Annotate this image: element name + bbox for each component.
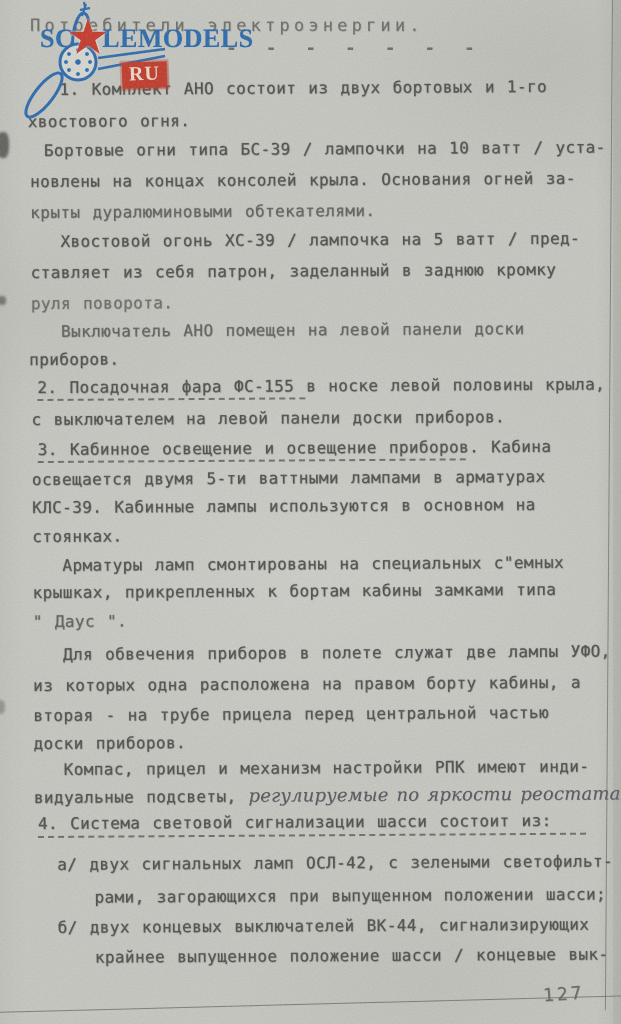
text-line: доски приборов. bbox=[33, 733, 186, 753]
typed-run: доски приборов. bbox=[33, 733, 186, 753]
text-line: Для обвечения приборов в полете служат д… bbox=[63, 642, 611, 664]
typed-text-layer: 1. Комплект АНО состоит из двух бортовых… bbox=[0, 0, 621, 1024]
text-line: крышках, прикрепленных к бортам кабины з… bbox=[33, 580, 557, 602]
text-line: Бортовые огни типа БС-39 / лампочки на 1… bbox=[44, 138, 606, 160]
text-line: крайнее выпущенное положение шасси / кон… bbox=[95, 945, 609, 967]
typed-run: Компас, прицел и механизм настройки РПК … bbox=[64, 757, 590, 779]
typed-run: б/ двух концевых выключателей ВК-44, сиг… bbox=[58, 915, 590, 937]
typed-run: КЛС-39. Кабинные лампы используются в ос… bbox=[32, 495, 536, 517]
ru-badge: RU bbox=[122, 61, 168, 89]
text-line: видуальные подсветы, регулируемые по ярк… bbox=[34, 783, 621, 808]
text-line: приборов. bbox=[29, 350, 119, 370]
watermark-logo: SC★LEMODELS RU bbox=[2, 0, 242, 125]
text-line: " Даус ". bbox=[33, 611, 127, 631]
scan-smudge bbox=[0, 132, 9, 158]
typed-run: приборов. bbox=[29, 350, 119, 370]
text-line: вторая - на трубе прицела перед централь… bbox=[33, 703, 549, 725]
typed-run: вторая - на трубе прицела перед централь… bbox=[33, 703, 549, 725]
typed-run: Хвостовой огонь ХС-39 / лампочка на 5 ва… bbox=[60, 229, 580, 251]
text-line: из которых одна расположена на правом бо… bbox=[33, 673, 581, 695]
brand-lemodels: LEMODELS bbox=[102, 24, 253, 53]
typed-run: из которых одна расположена на правом бо… bbox=[33, 673, 581, 695]
text-line: рами, загорающихся при выпущенном положе… bbox=[94, 885, 606, 907]
typed-run: крышках, прикрепленных к бортам кабины з… bbox=[33, 580, 557, 602]
dashed-underline bbox=[37, 397, 305, 401]
text-line: с выключателем на левой панели доски при… bbox=[31, 407, 505, 429]
typed-run: 4. Система световой сигнализации шасси с… bbox=[38, 811, 552, 833]
dashed-underline bbox=[38, 833, 586, 838]
text-line: Компас, прицел и механизм настройки РПК … bbox=[64, 757, 590, 779]
handwritten-run: регулируемые по яркости реостатами. bbox=[248, 783, 621, 806]
text-line: ставляет из себя патрон, заделанный в за… bbox=[31, 260, 557, 282]
typed-run: освещается двумя 5-ти ваттными лампами в… bbox=[32, 467, 546, 489]
text-line: б/ двух концевых выключателей ВК-44, сиг… bbox=[58, 915, 590, 937]
text-line: руля поворота. bbox=[31, 293, 174, 313]
typed-run: " Даус ". bbox=[33, 611, 127, 631]
text-line: новлены на концах консолей крыла. Основа… bbox=[30, 169, 576, 191]
text-line: освещается двумя 5-ти ваттными лампами в… bbox=[32, 467, 546, 489]
text-line: Арматуры ламп смонтированы на специальны… bbox=[62, 553, 564, 575]
text-line: 2. Посадочная фара ФС-155 в носке левой … bbox=[37, 375, 605, 397]
typed-run: Для обвечения приборов в полете служат д… bbox=[63, 642, 611, 664]
text-line: крыты дуралюминовыми обтекателями. bbox=[30, 201, 375, 222]
brand-text: SC★LEMODELS bbox=[40, 24, 254, 54]
typed-run: Арматуры ламп смонтированы на специальны… bbox=[62, 553, 564, 575]
scanned-document-page: Потребители электроэнергии. - - - - - - … bbox=[0, 0, 621, 1024]
typed-run: ставляет из себя патрон, заделанный в за… bbox=[31, 260, 557, 282]
typed-run: крыты дуралюминовыми обтекателями. bbox=[30, 201, 375, 222]
text-line: КЛС-39. Кабинные лампы используются в ос… bbox=[32, 495, 536, 517]
right-edge-shade bbox=[613, 0, 621, 1024]
text-line: Хвостовой огонь ХС-39 / лампочка на 5 ва… bbox=[60, 229, 580, 251]
dashed-underline bbox=[38, 458, 466, 463]
typed-run: Выключатель АНО помещен на левой панели … bbox=[61, 319, 525, 341]
typed-run: видуальные подсветы, bbox=[34, 787, 249, 807]
text-line: стоянках. bbox=[32, 526, 122, 546]
typed-run: с выключателем на левой панели доски при… bbox=[31, 407, 505, 429]
text-line: а/ двух сигнальных ламп ОСЛ-42, с зелены… bbox=[57, 852, 613, 874]
typed-run: 2. Посадочная фара ФС-155 в носке левой … bbox=[37, 375, 605, 397]
scan-smudge bbox=[0, 296, 6, 305]
typed-run: а/ двух сигнальных ламп ОСЛ-42, с зелены… bbox=[57, 852, 613, 874]
typed-run: руля поворота. bbox=[31, 293, 174, 313]
typed-run: стоянках. bbox=[32, 526, 122, 546]
typed-run: 3. Кабинное освещение и освещение прибор… bbox=[38, 437, 552, 459]
typed-run: рами, загорающихся при выпущенном положе… bbox=[94, 885, 606, 907]
page-number: 127 bbox=[542, 983, 585, 1007]
typed-run: Бортовые огни типа БС-39 / лампочки на 1… bbox=[44, 138, 606, 160]
text-line: 3. Кабинное освещение и освещение прибор… bbox=[38, 437, 552, 459]
typed-run: крайнее выпущенное положение шасси / кон… bbox=[95, 945, 609, 967]
text-line: Выключатель АНО помещен на левой панели … bbox=[61, 319, 525, 341]
typed-run: новлены на концах консолей крыла. Основа… bbox=[30, 169, 576, 191]
text-line: 4. Система световой сигнализации шасси с… bbox=[38, 811, 552, 833]
